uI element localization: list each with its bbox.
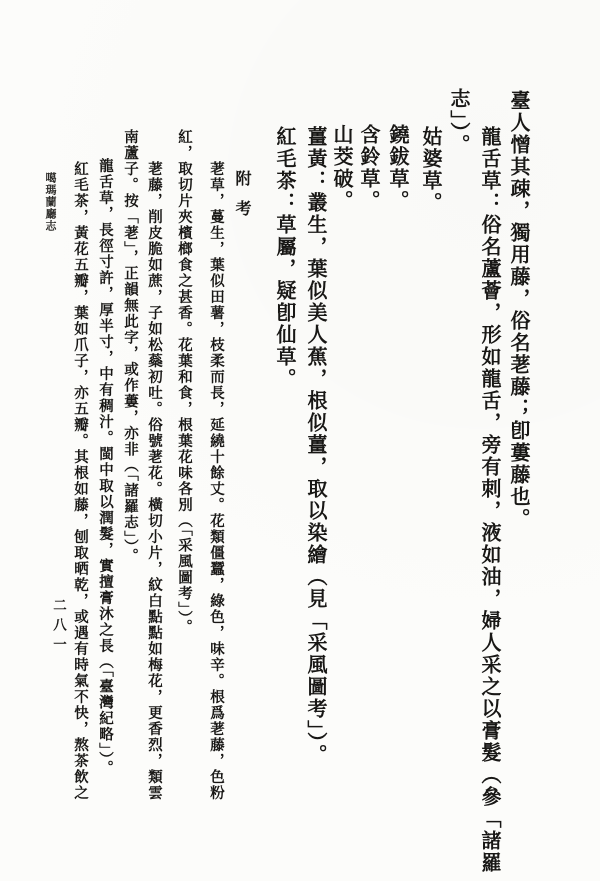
appendix-paragraph-longshecao: 龍舌草，長徑寸許，厚半寸，中有稠汁。閩中取以潤髮，實擅膏沐之長（「臺灣紀略」）。 [95,158,114,776]
appendix-section-header: 附考 [232,170,252,230]
main-text-column: 臺人憎其疎，獨用藤，俗名荖藤；卽蔞藤也。 [506,90,531,530]
appendix-paragraph-hongmaocha: 紅毛茶，黃花五瓣，葉如爪子，亦五瓣。其根如藤，刨取晒乾，或遇有時氣不快，熬茶飲之 [70,161,89,801]
appendix-paragraph-laocao: 荖草，蔓生，葉似田薯，枝柔而長，延繞十餘丈。花類僵蠶，綠色，味辛。根爲荖藤，色粉 [206,161,225,801]
page-number: 二八一 [50,598,66,657]
appendix-paragraph-laoteng: 荖藤，削皮脆如蔗，子如松蘂初吐。俗號荖花。橫切小片，紋白點點如梅花，更香烈，類雲 [144,161,163,801]
appendix-column-wrap: 紅，取切片夾檳榔食之甚香。花葉和食，根葉花味各別（「采風圖考」）。 [174,129,193,635]
main-text-column-wrap: 志」）。 [446,88,471,156]
entry-jianghuang: 薑黃：叢生，葉似美人蕉，根似薑，取以染繪（見「采風圖考」）。 [303,126,328,766]
scanned-book-page: 臺人憎其疎，獨用藤，俗名荖藤；卽蔞藤也。 龍舌草：俗名蘆薈，形如龍舌，旁有刺，液… [0,0,600,881]
book-title-margin: 噶瑪蘭廳志 [44,172,57,232]
entry-hanling-cao: 含鈴草。 [356,124,381,212]
entry-naoba-cao: 鐃鈸草。 [385,124,410,212]
entry-gupo-cao: 姑婆草。 [418,126,443,214]
entry-shanjiaopo: 山茭破。 [329,124,354,212]
entry-hongmao-cha: 紅毛茶：草屬，疑卽仙草。 [272,126,297,390]
appendix-column-wrap: 南蘆子。按「荖」，正韻無此字，或作蔞，亦非（「諸羅志」）。 [120,129,139,564]
entry-longshe-cao: 龍舌草：俗名蘆薈，形如龍舌，旁有刺，液如油，婦人采之以膏髮（參「諸羅 [477,126,502,874]
